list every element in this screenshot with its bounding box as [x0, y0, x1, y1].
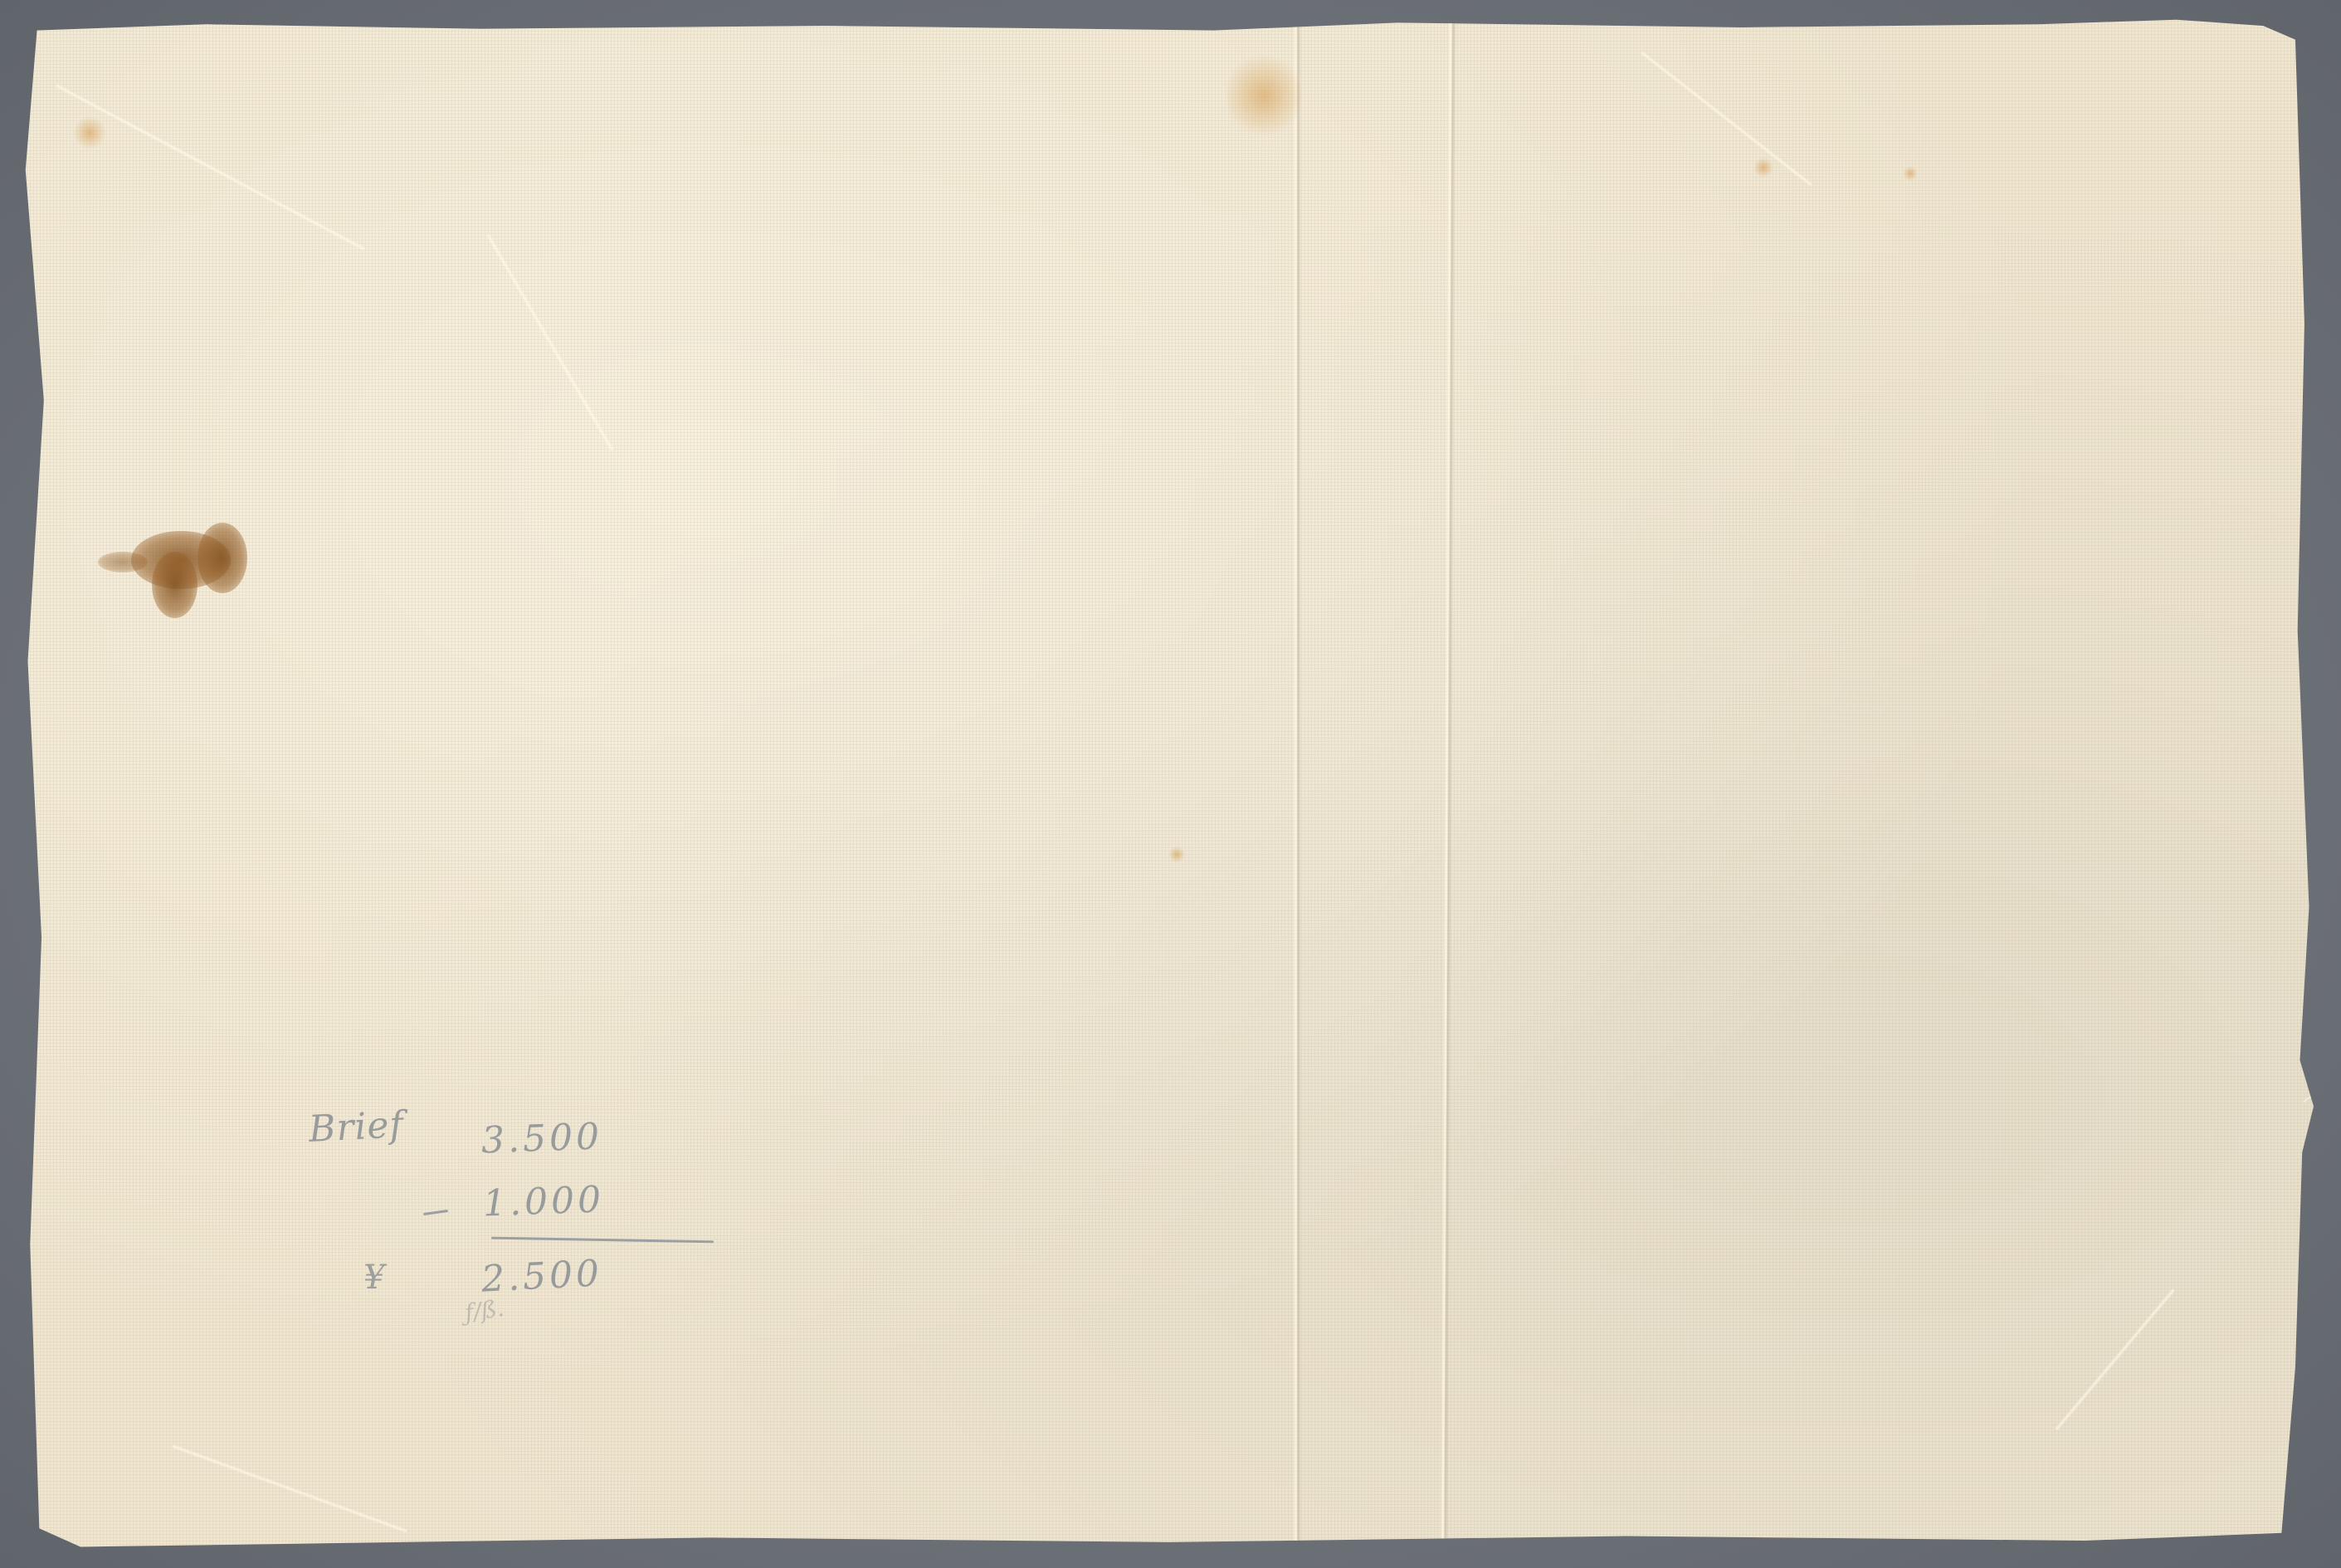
note-line-2: 1.000: [482, 1178, 605, 1225]
note-word: Brief: [308, 1103, 405, 1151]
note-scribble: ƒ/ß.: [463, 1294, 506, 1327]
foxing-spot: [1753, 158, 1773, 178]
fabric-crease: [172, 1444, 407, 1533]
foxing-spot: [1168, 846, 1185, 863]
foxing-spot: [1903, 166, 1918, 181]
fabric-crease: [1640, 51, 1813, 187]
note-line-1: 3.500: [480, 1115, 603, 1161]
vertical-fold-line: [1293, 17, 1301, 1551]
fabric-crease: [485, 234, 614, 452]
pencil-calculation: Brief 3.500 1.000 ¥ 2.500 ƒ/ß.: [307, 1099, 722, 1332]
minus-mark: [423, 1210, 448, 1215]
note-tick-mark: ¥: [363, 1259, 384, 1297]
foxing-spot: [1227, 50, 1301, 141]
rust-stain: [115, 519, 256, 618]
sum-rule: [491, 1237, 714, 1244]
fabric-crease: [2055, 1288, 2176, 1431]
note-result: 2.500: [480, 1252, 603, 1301]
fabric-crease: [56, 83, 366, 251]
vertical-fold-line: [1440, 17, 1456, 1551]
foxing-spot: [73, 116, 106, 149]
